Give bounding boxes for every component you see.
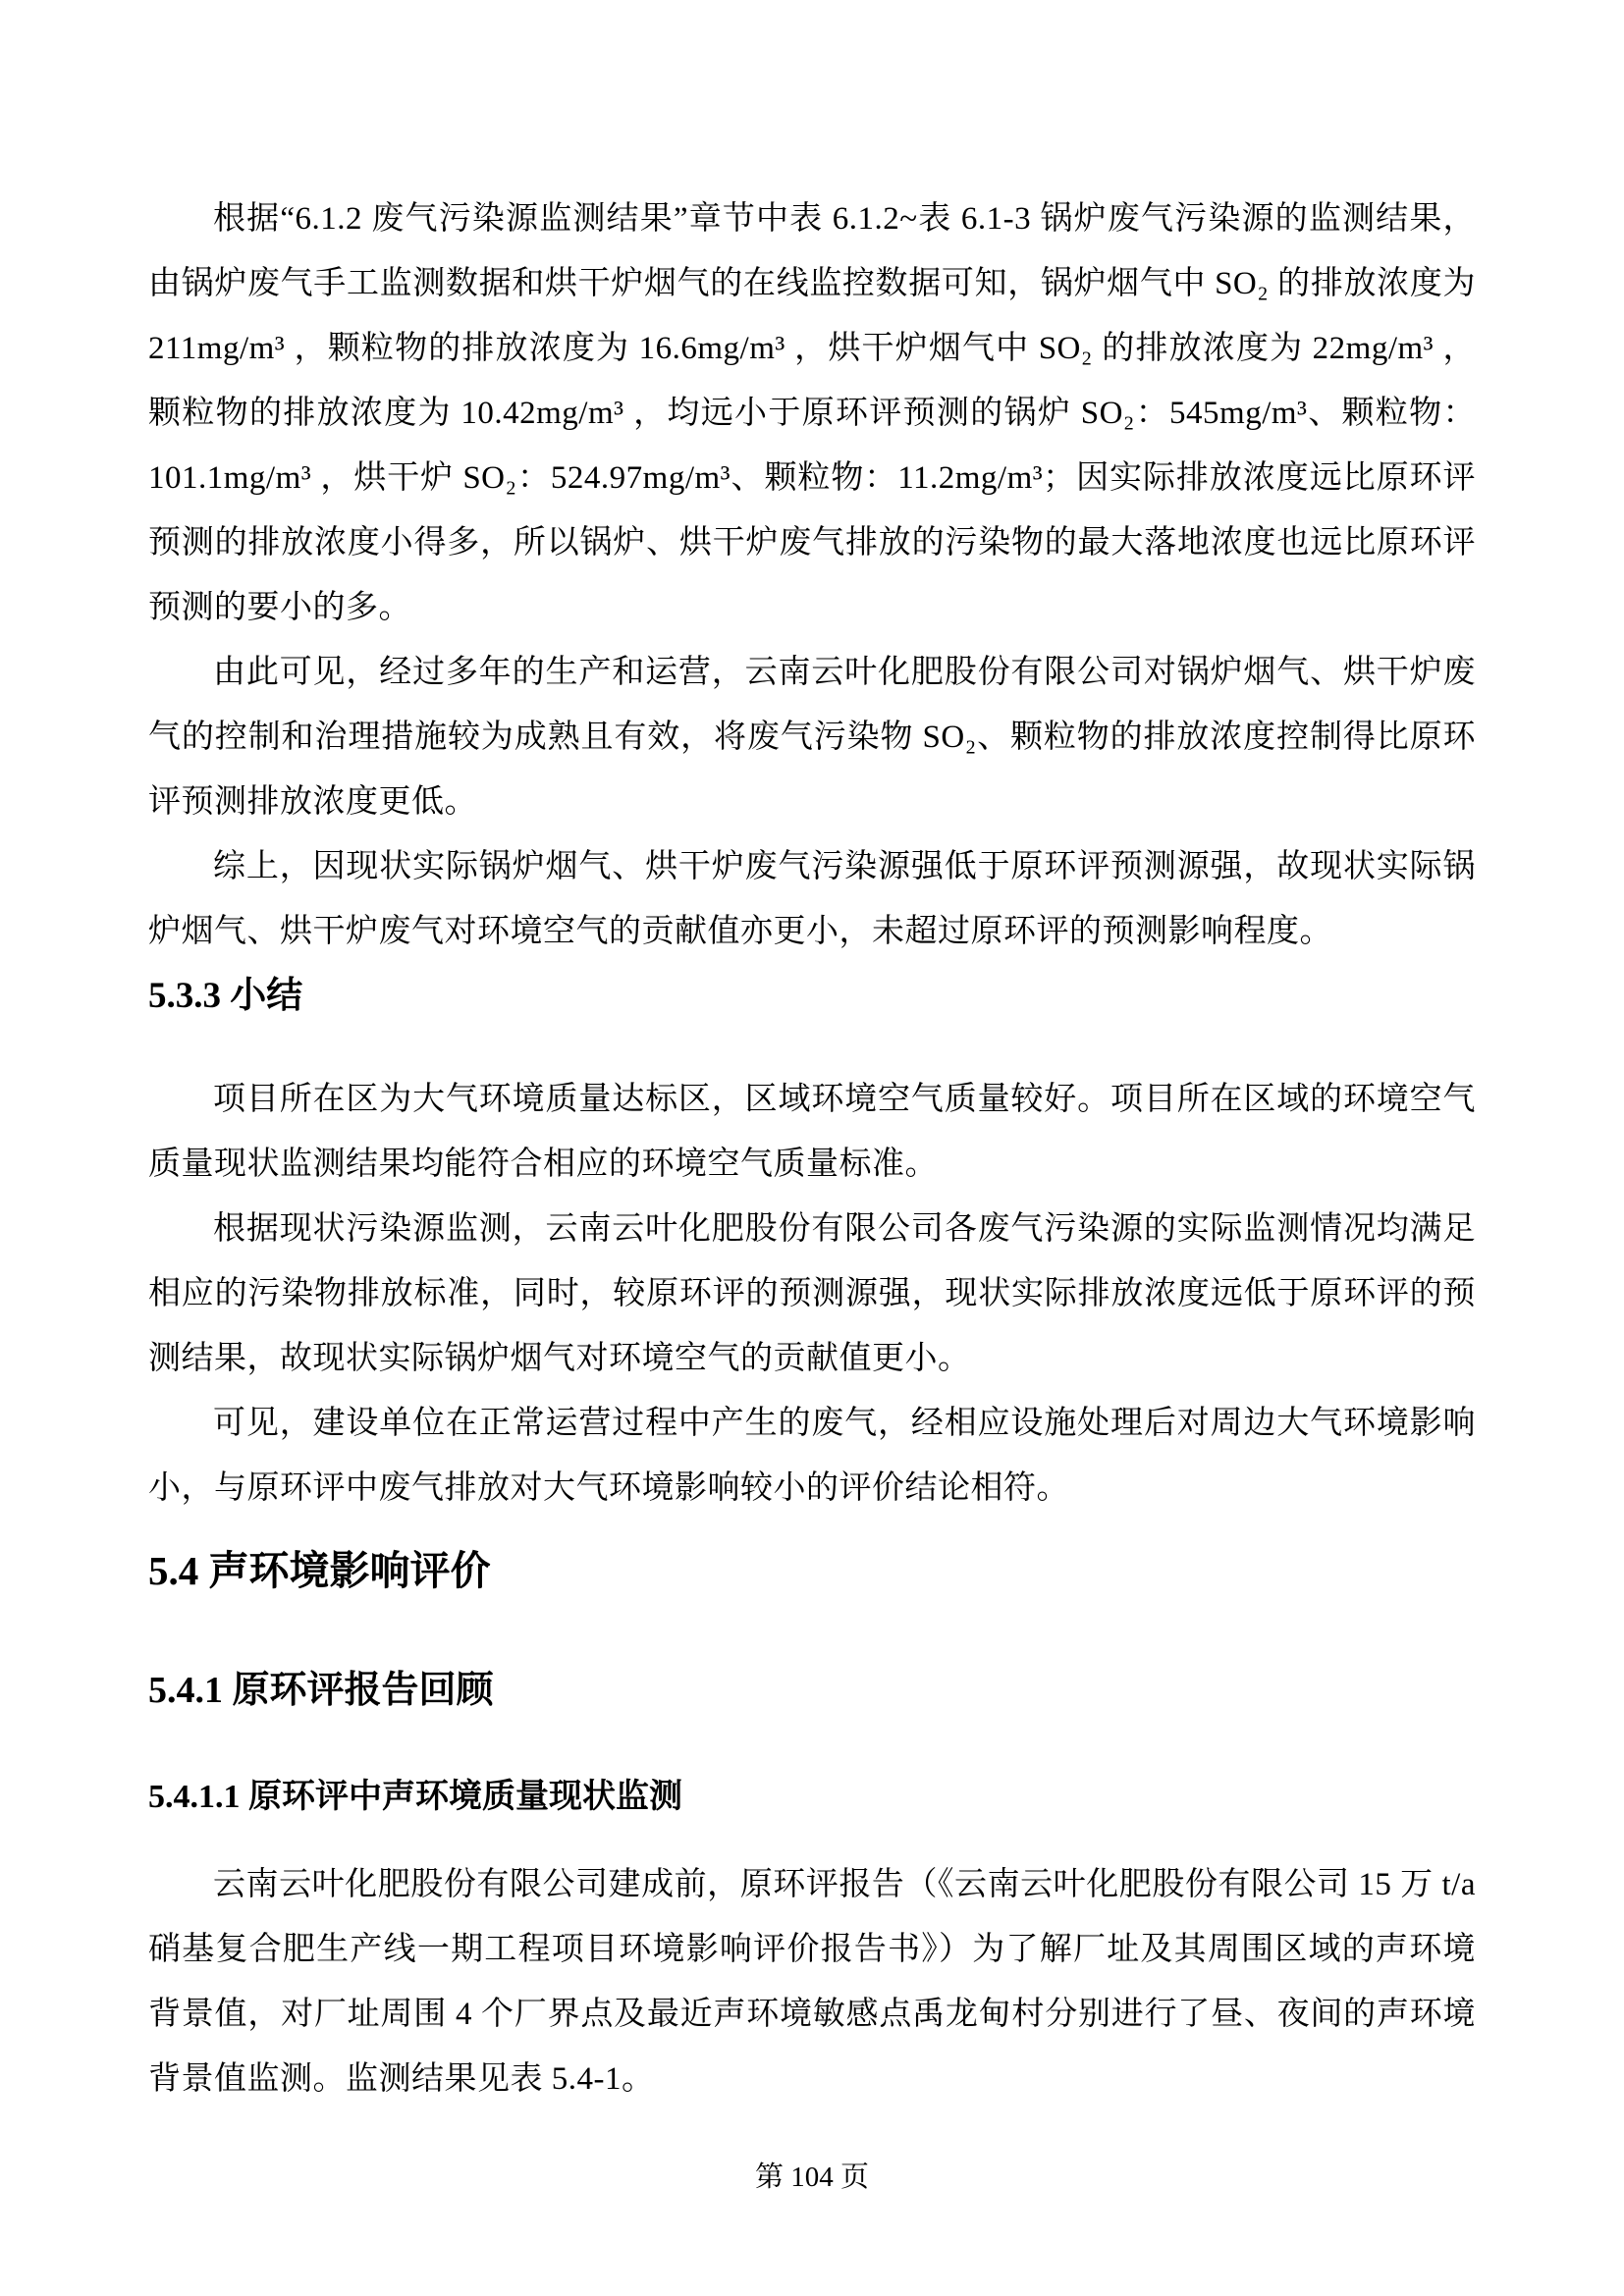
paragraph-treatment-effectiveness: 由此可见，经过多年的生产和运营，云南云叶化肥股份有限公司对锅炉烟气、烘干炉废气的… xyxy=(148,640,1476,834)
heading-5-4-1-1-noise-status-monitoring: 5.4.1.1 原环评中声环境质量现状监测 xyxy=(148,1765,1476,1830)
paragraph-flue-gas-monitoring-results: 根据“6.1.2 废气污染源监测结果”章节中表 6.1.2~表 6.1-3 锅炉… xyxy=(148,187,1476,640)
paragraph-conclusion-consistency: 可见，建设单位在正常运营过程中产生的废气，经相应设施处理后对周边大气环境影响小，… xyxy=(148,1391,1476,1521)
document-page: 根据“6.1.2 废气污染源监测结果”章节中表 6.1.2~表 6.1-3 锅炉… xyxy=(0,0,1624,2296)
page-number: 第 104 页 xyxy=(148,2158,1476,2197)
heading-5-3-3-summary: 5.3.3 小结 xyxy=(148,964,1476,1029)
heading-5-4-1-original-eia-review: 5.4.1 原环评报告回顾 xyxy=(148,1656,1476,1725)
paragraph-air-quality-attainment: 项目所在区为大气环境质量达标区，区域环境空气质量较好。项目所在区域的环境空气质量… xyxy=(148,1067,1476,1197)
heading-5-4-noise-impact-assessment: 5.4 声环境影响评价 xyxy=(148,1536,1476,1605)
paragraph-source-monitoring-compliance: 根据现状污染源监测，云南云叶化肥股份有限公司各废气污染源的实际监测情况均满足相应… xyxy=(148,1197,1476,1391)
paragraph-summary-contribution: 综上，因现状实际锅炉烟气、烘干炉废气污染源强低于原环评预测源强，故现状实际锅炉烟… xyxy=(148,834,1476,964)
paragraph-noise-background-monitoring: 云南云叶化肥股份有限公司建成前，原环评报告（《云南云叶化肥股份有限公司 15 万… xyxy=(148,1852,1476,2111)
